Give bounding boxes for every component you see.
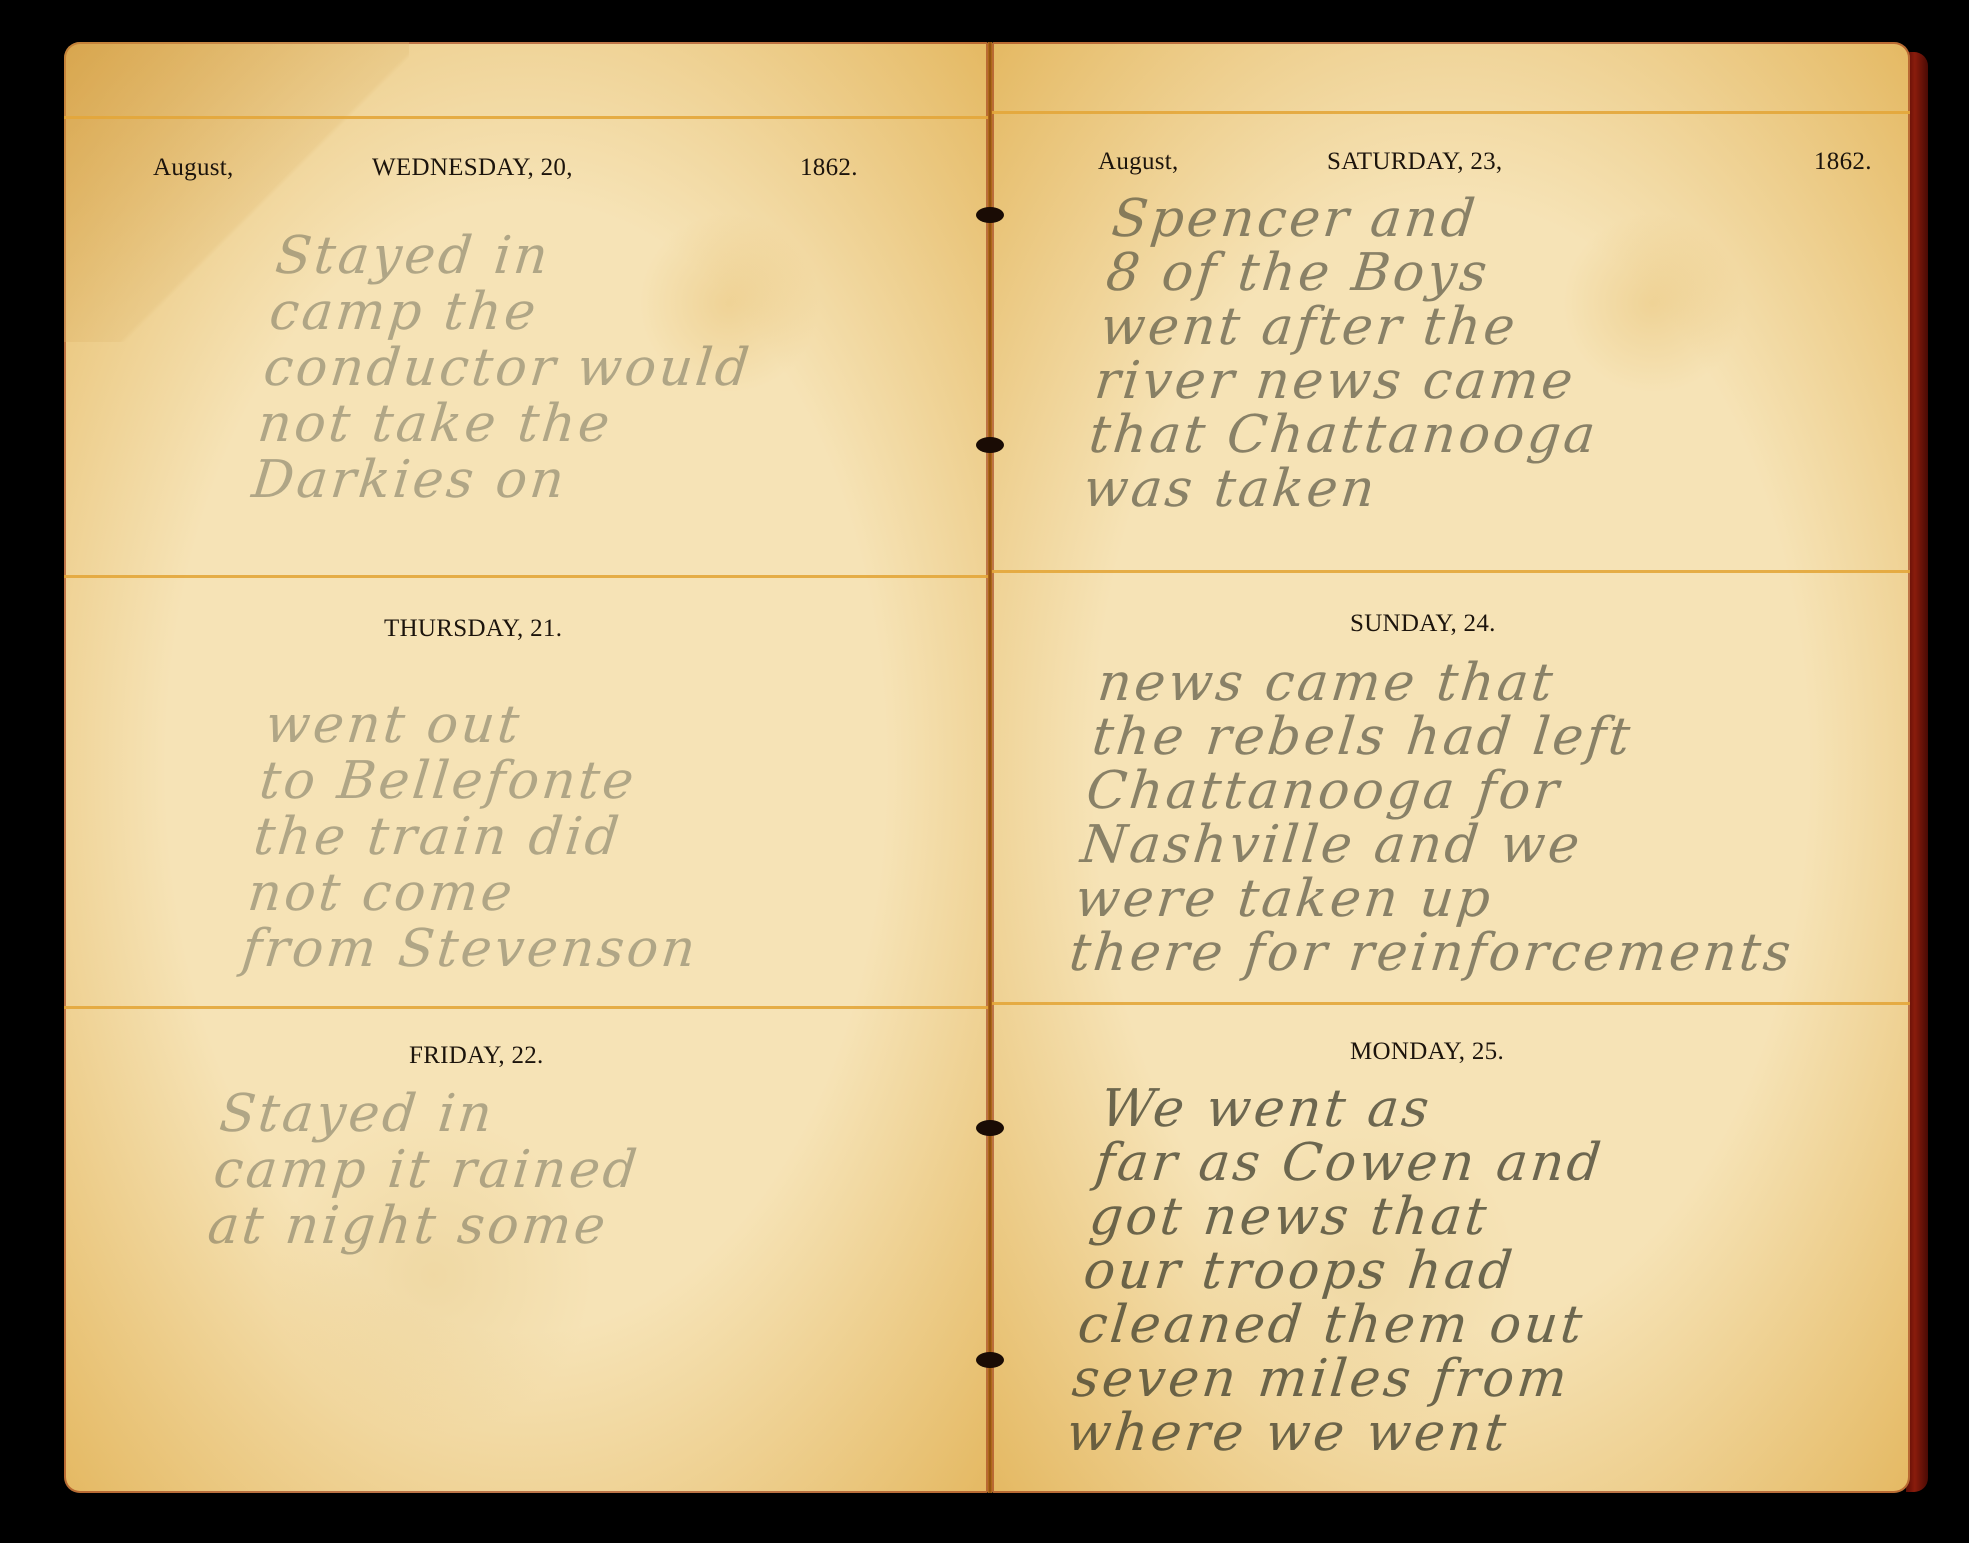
day-heading: FRIDAY, 22. bbox=[409, 1042, 544, 1070]
handwritten-entry: Stayed in camp the conductor would not t… bbox=[249, 228, 958, 508]
binding-stitch-hole bbox=[976, 1352, 1004, 1368]
handwritten-entry: Spencer and 8 of the Boys went after the… bbox=[1081, 192, 1905, 516]
day-heading: WEDNESDAY, 20, bbox=[372, 154, 573, 182]
open-diary: August, WEDNESDAY, 20, 1862. Stayed in c… bbox=[60, 42, 1928, 1495]
left-page: August, WEDNESDAY, 20, 1862. Stayed in c… bbox=[64, 42, 988, 1493]
month-label: August, bbox=[1098, 148, 1179, 176]
handwritten-entry: went out to Bellefonte the train did not… bbox=[239, 697, 968, 977]
right-page: August, SATURDAY, 23, 1862. Spencer and … bbox=[992, 42, 1910, 1493]
day-heading: MONDAY, 25. bbox=[1350, 1038, 1504, 1066]
binding-stitch-hole bbox=[976, 207, 1004, 223]
handwritten-entry: Stayed in camp it rained at night some bbox=[205, 1086, 943, 1254]
year-label: 1862. bbox=[1814, 148, 1872, 176]
day-heading: SATURDAY, 23, bbox=[1327, 148, 1502, 176]
handwritten-entry: news came that the rebels had left Chatt… bbox=[1067, 656, 1901, 980]
diary-entry-sunday: SUNDAY, 24. news came that the rebels ha… bbox=[992, 570, 1910, 1002]
diary-entry-wednesday: August, WEDNESDAY, 20, 1862. Stayed in c… bbox=[64, 42, 988, 575]
binding-stitch-hole bbox=[976, 437, 1004, 453]
handwritten-entry: We went as far as Cowen and got news tha… bbox=[1064, 1082, 1904, 1460]
day-heading: SUNDAY, 24. bbox=[1350, 610, 1496, 638]
year-label: 1862. bbox=[800, 154, 858, 182]
month-label: August, bbox=[153, 154, 234, 182]
binding-stitch-hole bbox=[976, 1120, 1004, 1136]
diary-entry-thursday: THURSDAY, 21. went out to Bellefonte the… bbox=[64, 575, 988, 1006]
diary-entry-monday: MONDAY, 25. We went as far as Cowen and … bbox=[992, 1002, 1910, 1493]
day-heading: THURSDAY, 21. bbox=[384, 615, 562, 643]
diary-entry-saturday: August, SATURDAY, 23, 1862. Spencer and … bbox=[992, 42, 1910, 570]
diary-entry-friday: FRIDAY, 22. Stayed in camp it rained at … bbox=[64, 1006, 988, 1493]
